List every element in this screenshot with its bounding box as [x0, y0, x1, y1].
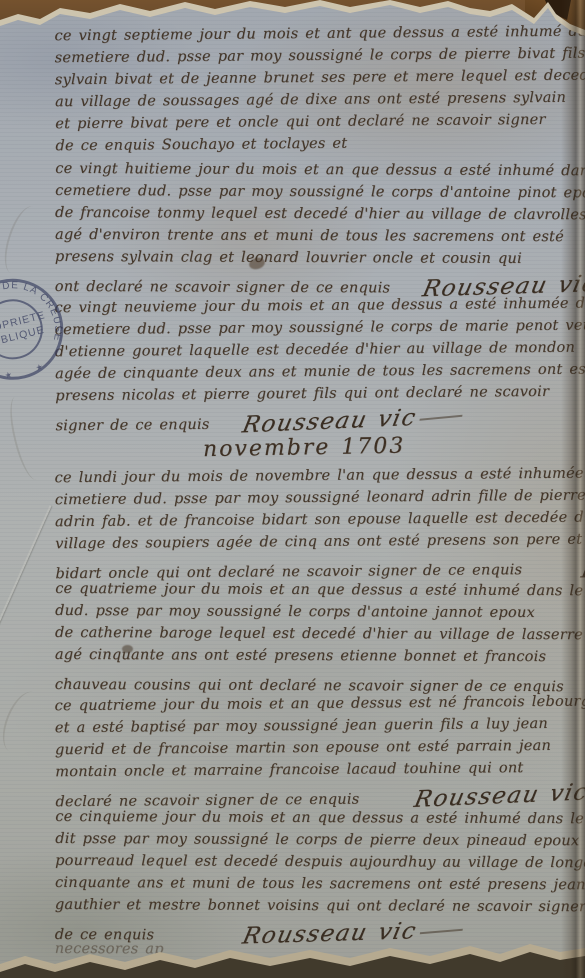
manuscript-line: bidart oncle qui ont declaré ne scavoir …: [55, 554, 560, 580]
entry-lines: ce quatrieme jour du mois et an que dess…: [55, 694, 561, 808]
stamp-star-icon: ★: [35, 362, 44, 372]
register-entry: ce lundi jour du mois de novembre l'an q…: [55, 466, 561, 580]
register-entry: ce quatrieme jour du mois et an que dess…: [55, 694, 561, 808]
manuscript-line: gauthier et mestre bonnet voisins qui on…: [55, 897, 560, 921]
manuscript-photo: ce vingt septieme jour du mois et ant qu…: [0, 0, 585, 978]
register-entry: ce vingt neuvieme jour du mois et an que…: [54, 296, 560, 432]
manuscript-line: agé cinquante ans ont esté presens etien…: [55, 647, 560, 671]
priest-signature: Rousseau vic: [412, 777, 585, 813]
manuscript-line: agé d'environ trente ans et muni de tous…: [55, 227, 560, 251]
manuscript-line: signer de ce enquisRousseau vic: [55, 406, 560, 432]
entries: ce vingt septieme jour du mois et ant qu…: [55, 26, 560, 968]
entry-lines: ce vingt huitieme jour du mois et an que…: [55, 161, 561, 295]
paper-crease: [0, 505, 52, 666]
manuscript-line: presens sylvain clag et leonard louvrier…: [55, 249, 560, 273]
month-heading: novembre 1703: [203, 431, 560, 465]
verso-showthrough: [4, 393, 48, 482]
binding-gutter-shadow: [561, 0, 585, 978]
stamp-star-icon: ★: [4, 370, 13, 380]
manuscript-line: chauveau cousins qui ont declaré ne scav…: [55, 669, 560, 693]
manuscript-line: de ce enquis Souchayo et toclayes et: [55, 134, 560, 160]
register-entry: ce vingt huitieme jour du mois et an que…: [55, 161, 561, 295]
entry-lines: ce quatrieme jour du mois et an que dess…: [55, 581, 560, 693]
manuscript-line: declaré ne scavoir signer de ce enquisRo…: [55, 782, 560, 808]
entry-lines: ce cinquieme jour du mois et an que dess…: [55, 809, 561, 965]
manuscript-line: de ce enquisRousseau vic: [55, 919, 560, 943]
manuscript-line: dit psse par moy soussigné le corps de p…: [55, 831, 560, 855]
manuscript-line: ont declaré ne scavoir signer de ce enqu…: [55, 271, 560, 295]
manuscript-line: ce quatrieme jour du mois et an que dess…: [55, 581, 560, 605]
verso-showthrough: [0, 686, 49, 757]
manuscript-line: de francoise tonmy lequel est decedé d'h…: [55, 205, 560, 229]
manuscript-line: dud. psse par moy soussigné le corps d'a…: [55, 603, 560, 627]
entry-lines: ce lundi jour du mois de novembre l'an q…: [55, 466, 561, 580]
manuscript-line: cinquante ans et muni de tous les sacrem…: [55, 875, 560, 899]
manuscript-line: de catherine baroge lequel est decedé d'…: [55, 625, 560, 649]
register-entry: ce cinquieme jour du mois et an que dess…: [55, 809, 561, 965]
manuscript-line: pourreaud lequel est decedé despuis aujo…: [55, 853, 560, 877]
entry-lines: ce vingt neuvieme jour du mois et an que…: [54, 296, 560, 432]
manuscript-line: ce vingt huitieme jour du mois et an que…: [55, 161, 560, 185]
register-entry: ce vingt septieme jour du mois et ant qu…: [54, 24, 560, 160]
register-entry: ce quatrieme jour du mois et an que dess…: [55, 581, 560, 693]
manuscript-line: cemetiere dud. psse par moy soussigné le…: [55, 183, 560, 207]
manuscript-line: ce cinquieme jour du mois et an que dess…: [55, 809, 560, 833]
manuscript-page: ce vingt septieme jour du mois et ant qu…: [0, 0, 585, 978]
entry-lines: ce vingt septieme jour du mois et ant qu…: [54, 24, 560, 160]
